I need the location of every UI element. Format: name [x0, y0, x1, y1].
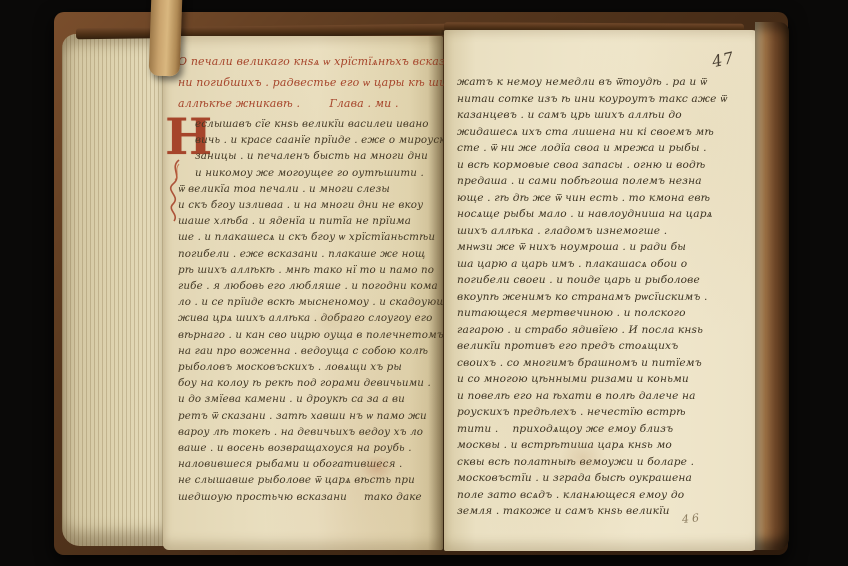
manuscript-text-line: шихъ аллѣка . гладомъ изнемогше .: [457, 223, 749, 240]
manuscript-text-line: вароу лѣ токеѣ . на девичьихъ ведоу хъ л…: [178, 424, 440, 440]
right-cover-edge: [755, 22, 789, 550]
manuscript-text-line: не слышавше рыболове ѿ царѧ вѣсть при: [178, 472, 440, 488]
manuscript-text-line: юще . гѣ дѣ же ѿ чин есть . то кмона евѣ: [457, 190, 749, 207]
manuscript-text-line: ло . и се прїиде вскѣ мысненомоу . и ска…: [178, 294, 440, 310]
manuscript-text-line: вкоупѣ женимъ ко странамъ рѡсїискимъ .: [457, 289, 749, 306]
page-stack-fore-edge: [62, 34, 168, 546]
manuscript-text-line: еслышавъ сїе кнѕь великїи василеи ивано: [178, 116, 440, 132]
manuscript-text-line: роускихъ предѣлехъ . нечестїю встрѣ: [457, 404, 749, 421]
rubric-line: аллѣкѣе жникавѣ . Глава . ми .: [178, 93, 460, 114]
manuscript-text-line: и всѣ кормовые своа запасы . огню и водѣ: [457, 157, 749, 174]
manuscript-text-line: казанцевъ . и самъ црь шихъ аллѣи до: [457, 107, 749, 124]
manuscript-text-line: наловившеся рыбами и обогатившеся .: [178, 456, 440, 472]
manuscript-text-line: нитаи сотке изъ ѣ ини коуроутъ такс аже …: [457, 91, 749, 108]
manuscript-text-line: и скъ бгоу изливаа . и на многи дни не в…: [178, 197, 440, 213]
manuscript-text-line: и до змїева камени . и дроукѣ са за а ви: [178, 391, 440, 407]
manuscript-text-line: вичь . и красе саанїе прїиде . еже о мир…: [178, 132, 440, 148]
manuscript-text-line: великїи противъ его предъ стоѧщихъ: [457, 338, 749, 355]
right-page-text-block: жатъ к немоу немедли въ ѿтоудѣ . ра и ѿн…: [457, 74, 749, 520]
manuscript-text-line: сквы всѣ полатныѣ вемоужи и боларе .: [457, 454, 749, 471]
manuscript-text-line: тити . приходѧщоу же емоу близъ: [457, 421, 749, 438]
folio-number-bottom: 46: [681, 511, 702, 526]
manuscript-text-line: ша царю а царь имъ . плакашасѧ обои о: [457, 256, 749, 273]
manuscript-text-line: боу на колоу ѣ рекѣ под горами девичьими…: [178, 375, 440, 391]
wooden-page-holder-stick: [149, 0, 183, 77]
manuscript-text-line: гагарою . и страбо ядивїею . И посла кнѕ…: [457, 322, 749, 339]
manuscript-text-line: жива црѧ шихъ аллѣка . добраго слоугоу е…: [178, 310, 440, 326]
manuscript-text-line: шедшоую простьчю всказани тако даке: [178, 489, 440, 505]
manuscript-text-line: и со многою цѣнными ризами и коньми: [457, 371, 749, 388]
manuscript-text-line: ваше . и восень возвращахоуся на роубь .: [178, 440, 440, 456]
rubric-header: О печали великаго кнѕѧ ѡ хрїстїѧнѣхъ вск…: [178, 51, 460, 114]
right-page: 47 жатъ к немоу немедли въ ѿтоудѣ . ра и…: [444, 30, 760, 551]
manuscript-text-line: мнѡзи же ѿ нихъ ноумроша . и ради бы: [457, 239, 749, 256]
manuscript-text-line: ретъ ѿ сказани . затѣ хавши нъ ѡ памо жи: [178, 408, 440, 424]
manuscript-text-line: своихъ . со многимъ брашномъ и питїемъ: [457, 355, 749, 372]
manuscript-text-line: поле зато всѧдъ . кланѧющеся емоу до: [457, 487, 749, 504]
manuscript-text-line: сте . ѿ ни же лодїа своа и мрежа и рыбы …: [457, 140, 749, 157]
manuscript-text-line: гибе . я любовь его любляше . и погодни …: [178, 278, 440, 294]
manuscript-text-line: ше . и плакашесѧ и скъ бгоу ѡ хрїстїаньс…: [178, 229, 440, 245]
rubric-line: ни погибшихъ . радвестье его ѡ цары кѣ ш…: [178, 72, 460, 93]
manuscript-text-line: погибели своеи . и поиде царь и рыболове: [457, 272, 749, 289]
manuscript-text-line: московъстїи . и зграда бысѣ оукрашена: [457, 470, 749, 487]
manuscript-text-line: и повелѣ его на ѣхати в полѣ далече на: [457, 388, 749, 405]
manuscript-text-line: питающеся мертвечиною . и полского: [457, 305, 749, 322]
manuscript-text-line: и никомоу же могоущее го оутѣшити .: [178, 165, 440, 181]
manuscript-text-line: ѿ великїа тоа печали . и многи слезы: [178, 181, 440, 197]
manuscript-text-line: шаше хлѣба . и яденїа и питїа не прїима: [178, 213, 440, 229]
manuscript-text-line: рѣ шихъ аллѣкѣ . мнѣ тако нї то и памо п…: [178, 262, 440, 278]
manuscript-text-line: предаша . и сами побѣгоша полемъ незна: [457, 173, 749, 190]
manuscript-text-line: вѣрнаго . и кан сво ицрю оуща в полечнет…: [178, 327, 440, 343]
manuscript-text-line: погибели . еже всказани . плакаше же нощ: [178, 246, 440, 262]
manuscript-text-line: земля . такоже и самъ кнѕь великїи: [457, 503, 749, 520]
folio-number-top: 47: [710, 48, 736, 71]
photo-stage: О печали великаго кнѕѧ ѡ хрїстїѧнѣхъ вск…: [0, 0, 848, 566]
manuscript-text-line: на гаи про воженна . ведоуща с собою кол…: [178, 343, 440, 359]
left-page: О печали великаго кнѕѧ ѡ хрїстїѧнѣхъ вск…: [163, 36, 443, 550]
rubric-line: О печали великаго кнѕѧ ѡ хрїстїѧнѣхъ вск…: [178, 51, 460, 72]
manuscript-text-line: москвы . и встрѣтиша царѧ кнѕь мо: [457, 437, 749, 454]
manuscript-text-line: заницы . и печаленъ бысть на многи дни: [178, 148, 440, 164]
left-page-text-block: еслышавъ сїе кнѕь великїи василеи иванов…: [178, 116, 440, 505]
manuscript-text-line: рыболовъ московъскихъ . ловѧщи хъ ры: [178, 359, 440, 375]
manuscript-text-line: жатъ к немоу немедли въ ѿтоудѣ . ра и ѿ: [457, 74, 749, 91]
manuscript-text-line: жидашесѧ ихъ ста лишена ни кі своемъ мѣ: [457, 124, 749, 141]
manuscript-text-line: носѧще рыбы мало . и навлоудниша на царѧ: [457, 206, 749, 223]
